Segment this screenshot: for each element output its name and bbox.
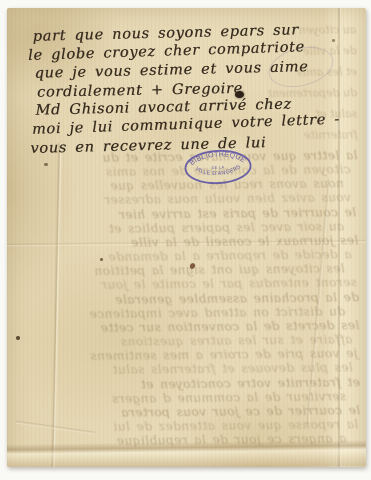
bleedthrough-line: a angers ce jour de la republique (12, 431, 346, 447)
ink-blot (235, 91, 244, 98)
paper-sheet: au citoyende la villeet les amisdu depar… (7, 8, 366, 467)
stamp-line2: DE LA (212, 165, 225, 170)
ink-speck (100, 258, 103, 261)
library-stamp-oval-icon: BIBLIOTHÈQUE DE LA VILLE D'ANGERS (182, 146, 254, 188)
ink-speck (44, 163, 48, 166)
ink-speck (332, 39, 335, 42)
ink-speck (16, 336, 20, 340)
bleedthrough-text-main: la lettre que vous mavez ecrite et ducit… (9, 148, 360, 448)
handwritten-text: part que nous soyons epars surle globe c… (23, 20, 356, 158)
library-stamp: BIBLIOTHÈQUE DE LA VILLE D'ANGERS (182, 146, 254, 188)
scan-background: au citoyende la villeet les amisdu depar… (0, 0, 371, 480)
